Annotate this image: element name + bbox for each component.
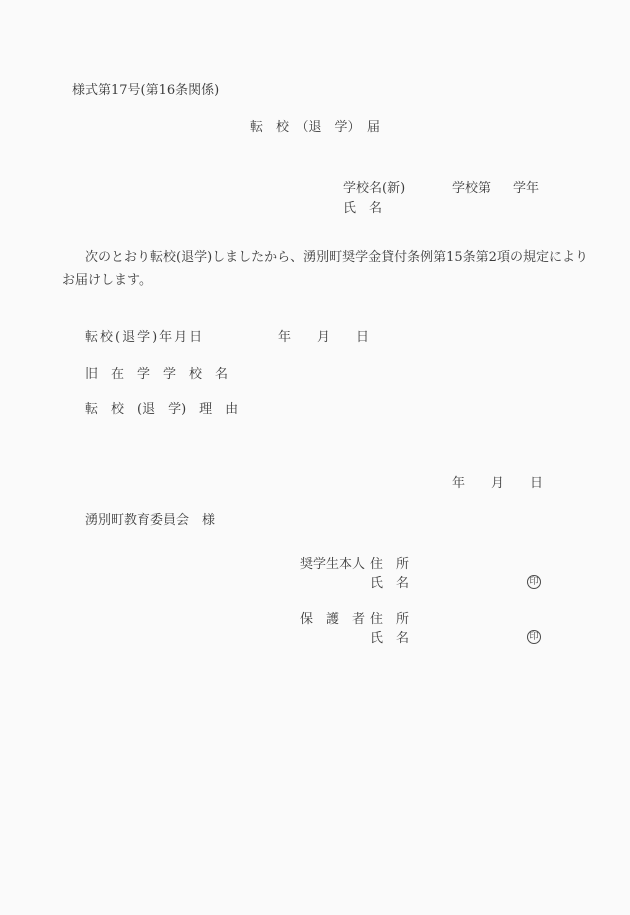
guardian-name-label: 氏 名 <box>370 632 409 647</box>
old-school-label: 旧 在 学 学 校 名 <box>85 368 228 383</box>
guardian-party-label: 保 護 者 <box>300 613 365 628</box>
guardian-seal-icon: 印 <box>527 630 541 644</box>
form-title: 転 校 （退 学） 届 <box>0 121 630 136</box>
applicant-party-label: 奨学生本人 <box>300 558 365 573</box>
reason-label: 転 校 (退 学) 理 由 <box>85 403 238 418</box>
addressee: 湧別町教育委員会 様 <box>85 514 215 529</box>
body-text-line-1: 次のとおり転校(退学)しましたから、湧別町奨学金貸付条例第15条第2項の規定によ… <box>85 251 588 266</box>
body-text-line-2: お届けします。 <box>62 274 152 289</box>
grade-label: 学年 <box>513 182 539 197</box>
form-number: 様式第17号(第16条関係) <box>72 84 219 99</box>
student-name-label: 氏 名 <box>343 202 382 217</box>
school-number-label: 学校第 <box>452 182 491 197</box>
applicant-seal-icon: 印 <box>527 575 541 589</box>
form-page: 様式第17号(第16条関係) 転 校 （退 学） 届 学校名(新) 学校第 学年… <box>0 0 630 915</box>
transfer-date-label: 転校(退学)年月日 <box>85 331 204 346</box>
applicant-name-label: 氏 名 <box>370 577 409 592</box>
guardian-address-label: 住 所 <box>370 613 409 628</box>
transfer-date-placeholder: 年 月 日 <box>278 331 369 346</box>
submission-date-placeholder: 年 月 日 <box>452 477 543 492</box>
school-name-label: 学校名(新) <box>343 182 405 197</box>
applicant-address-label: 住 所 <box>370 558 409 573</box>
